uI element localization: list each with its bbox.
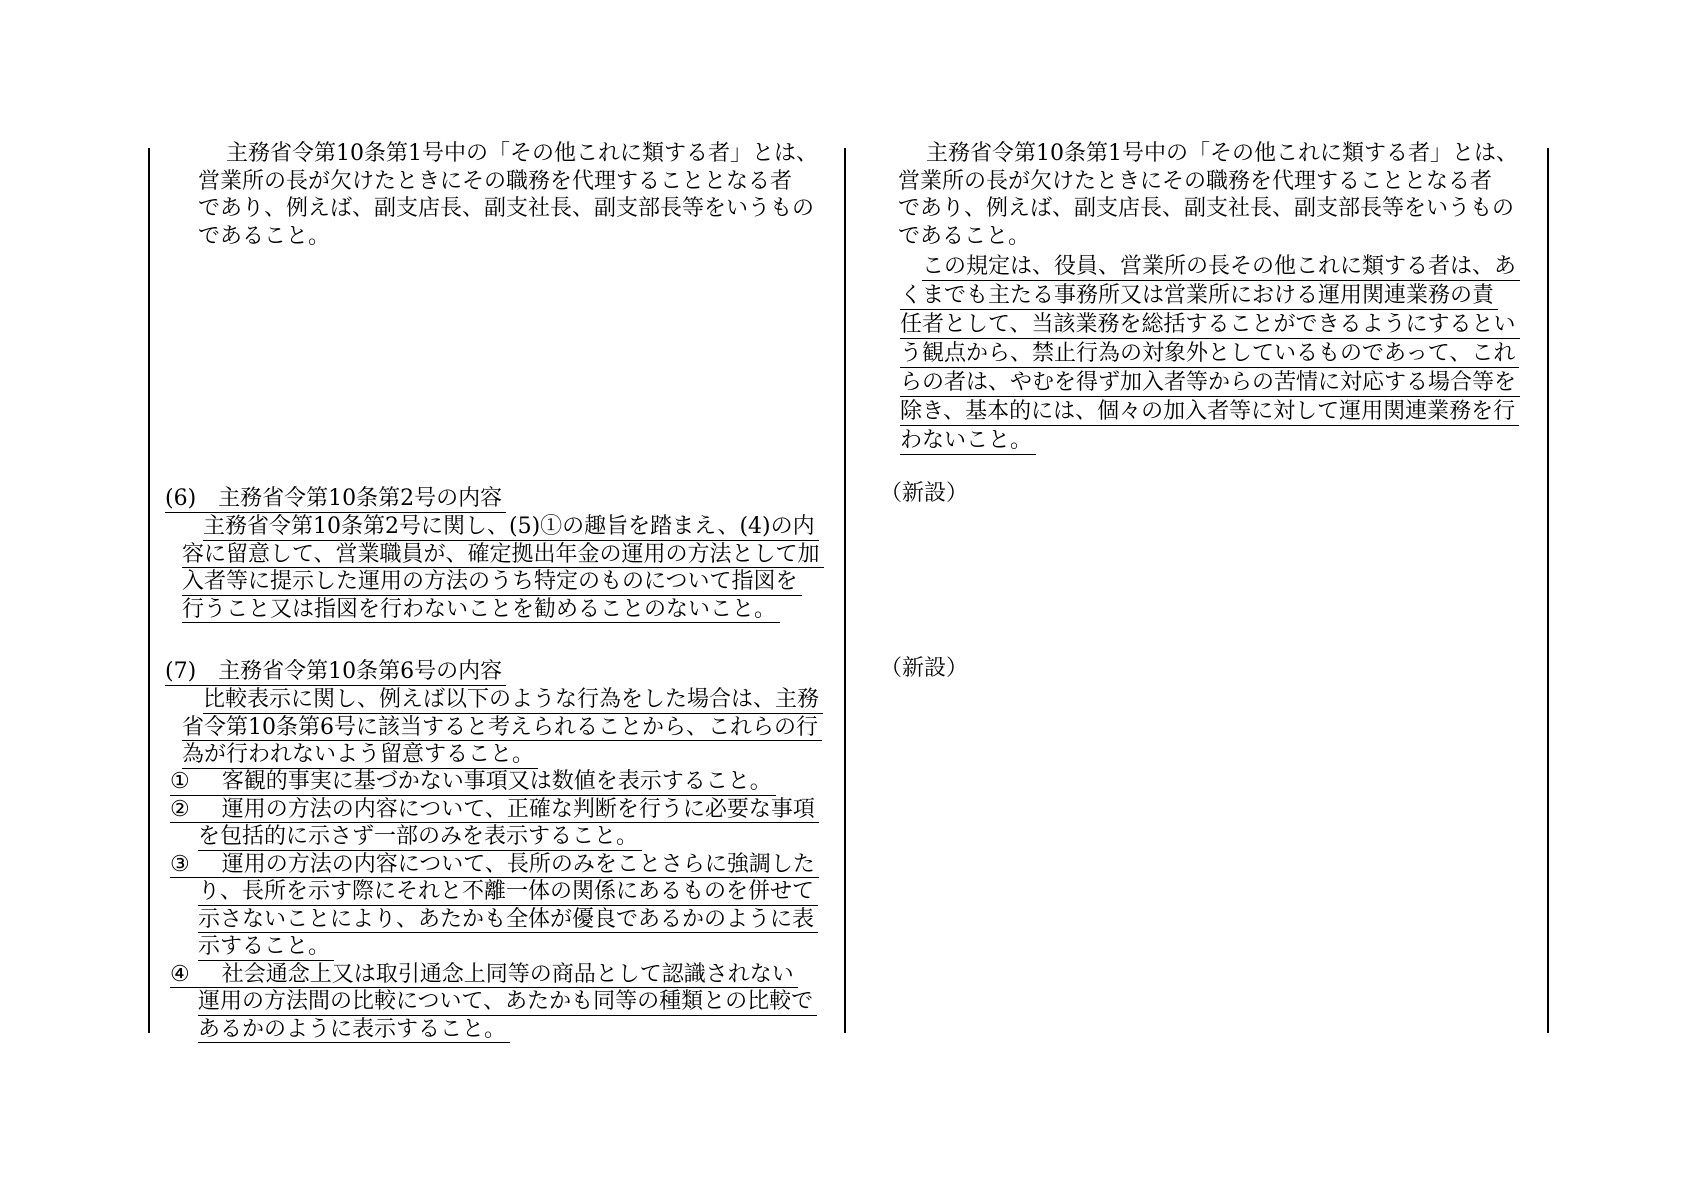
text-line: （新設）	[880, 655, 968, 683]
section-7-item-list: ①客観的事実に基づかない事項又は数値を表示すること。 ②運用の方法の内容について…	[170, 768, 819, 1043]
underlined-text-line: 省令第10条第6号に該当すると考えられることから、これらの行	[182, 714, 822, 742]
section-7-heading: (7) 主務省令第10条第6号の内容	[165, 658, 506, 686]
item-number: ①	[170, 769, 190, 794]
left-paragraph-1: 主務省令第10条第1号中の「その他これに類する者」とは、 営業所の長が欠けたとき…	[198, 140, 818, 250]
item-text: 運用の方法の内容について、正確な判断を行うに必要な事項	[222, 797, 815, 822]
item-text: 客観的事実に基づかない事項又は数値を表示すること。	[222, 769, 772, 794]
text-line: 営業所の長が欠けたときにその職務を代理することとなる者	[198, 168, 792, 196]
text-line: であること。	[898, 223, 1030, 251]
text-line: 主務省令第10条第1号中の「その他これに類する者」とは、	[226, 140, 818, 168]
underlined-text-line: 行うこと又は指図を行わないことを勧めることのないこと。	[182, 596, 780, 624]
table-rule-middle	[844, 148, 846, 1033]
underlined-text-line: 示さないことにより、あたかも全体が優良であるかのように表	[198, 906, 818, 934]
text-line: （新設）	[880, 480, 968, 508]
underlined-text-line: わないこと。	[900, 426, 1036, 455]
heading-line: (6) 主務省令第10条第2号の内容	[165, 485, 506, 513]
table-rule-left	[148, 148, 150, 1033]
list-item: ①客観的事実に基づかない事項又は数値を表示すること。	[170, 768, 776, 796]
underlined-text-line: 任者として、当該業務を総括することができるようにするとい	[900, 310, 1520, 339]
comparison-document-page: 主務省令第10条第1号中の「その他これに類する者」とは、 営業所の長が欠けたとき…	[0, 0, 1695, 1187]
underlined-text-line: 示すること。	[198, 933, 334, 961]
item-number: ②	[170, 797, 190, 822]
text-line: 営業所の長が欠けたときにその職務を代理することとなる者	[898, 168, 1492, 196]
section-7-body: 比較表示に関し、例えば以下のような行為をした場合は、主務 省令第10条第6号に該…	[182, 686, 823, 769]
newly-established-marker-2: （新設）	[880, 655, 968, 683]
underlined-text-line: 容に留意して、営業職員が、確定拠出年金の運用の方法として加	[182, 541, 824, 569]
list-item: ③運用の方法の内容について、長所のみをことさらに強調した	[170, 851, 819, 879]
underlined-text-line: この規定は、役員、営業所の長その他これに類する者は、あ	[922, 252, 1520, 281]
text-line: であり、例えば、副支店長、副支社長、副支部長等をいうもの	[198, 195, 814, 223]
item-number: ③	[170, 852, 190, 877]
underlined-text-line: を包括的に示さず一部のみを表示すること。	[198, 823, 642, 851]
right-paragraph-1: 主務省令第10条第1号中の「その他これに類する者」とは、 営業所の長が欠けたとき…	[898, 140, 1518, 250]
item-text: 運用の方法の内容について、長所のみをことさらに強調した	[222, 852, 815, 877]
underlined-text-line: 除き、基本的には、個々の加入者等に対して運用関連業務を行	[900, 397, 1519, 426]
heading-line: (7) 主務省令第10条第6号の内容	[165, 658, 506, 686]
underlined-text-line: 運用の方法間の比較について、あたかも同等の種類との比較で	[198, 988, 817, 1016]
underlined-text-line: う観点から、禁止行為の対象外としているものであって、これ	[900, 339, 1519, 368]
section-6-heading: (6) 主務省令第10条第2号の内容	[165, 485, 506, 513]
text-line: 主務省令第10条第1号中の「その他これに類する者」とは、	[926, 140, 1518, 168]
section-6-body: 主務省令第10条第2号に関し、(5)①の趣旨を踏まえ、(4)の内 容に留意して、…	[182, 513, 824, 623]
right-paragraph-2: この規定は、役員、営業所の長その他これに類する者は、あ くまでも主たる事務所又は…	[900, 252, 1520, 455]
list-item: ④社会通念上又は取引通念上同等の商品として認識されない	[170, 961, 798, 989]
list-item: ②運用の方法の内容について、正確な判断を行うに必要な事項	[170, 796, 819, 824]
underlined-text-line: らの者は、やむを得ず加入者等からの苦情に対応する場合等を	[900, 368, 1520, 397]
item-number: ④	[170, 962, 190, 987]
underlined-text-line: 入者等に提示した運用の方法のうち特定のものについて指図を	[182, 568, 802, 596]
underlined-text-line: 主務省令第10条第2号に関し、(5)①の趣旨を踏まえ、(4)の内	[203, 513, 819, 541]
underlined-text-line: り、長所を示す際にそれと不離一体の関係にあるものを併せて	[198, 878, 818, 906]
text-line: であること。	[198, 223, 330, 251]
item-text: 社会通念上又は取引通念上同等の商品として認識されない	[222, 962, 794, 987]
underlined-text-line: くまでも主たる事務所又は営業所における運用関連業務の責	[900, 281, 1498, 310]
newly-established-marker-1: （新設）	[880, 480, 968, 508]
underlined-text-line: あるかのように表示すること。	[198, 1016, 510, 1044]
underlined-text-line: 為が行われないよう留意すること。	[182, 741, 538, 769]
text-line: であり、例えば、副支店長、副支社長、副支部長等をいうもの	[898, 195, 1514, 223]
table-rule-right	[1547, 148, 1549, 1033]
underlined-text-line: 比較表示に関し、例えば以下のような行為をした場合は、主務	[203, 686, 823, 714]
